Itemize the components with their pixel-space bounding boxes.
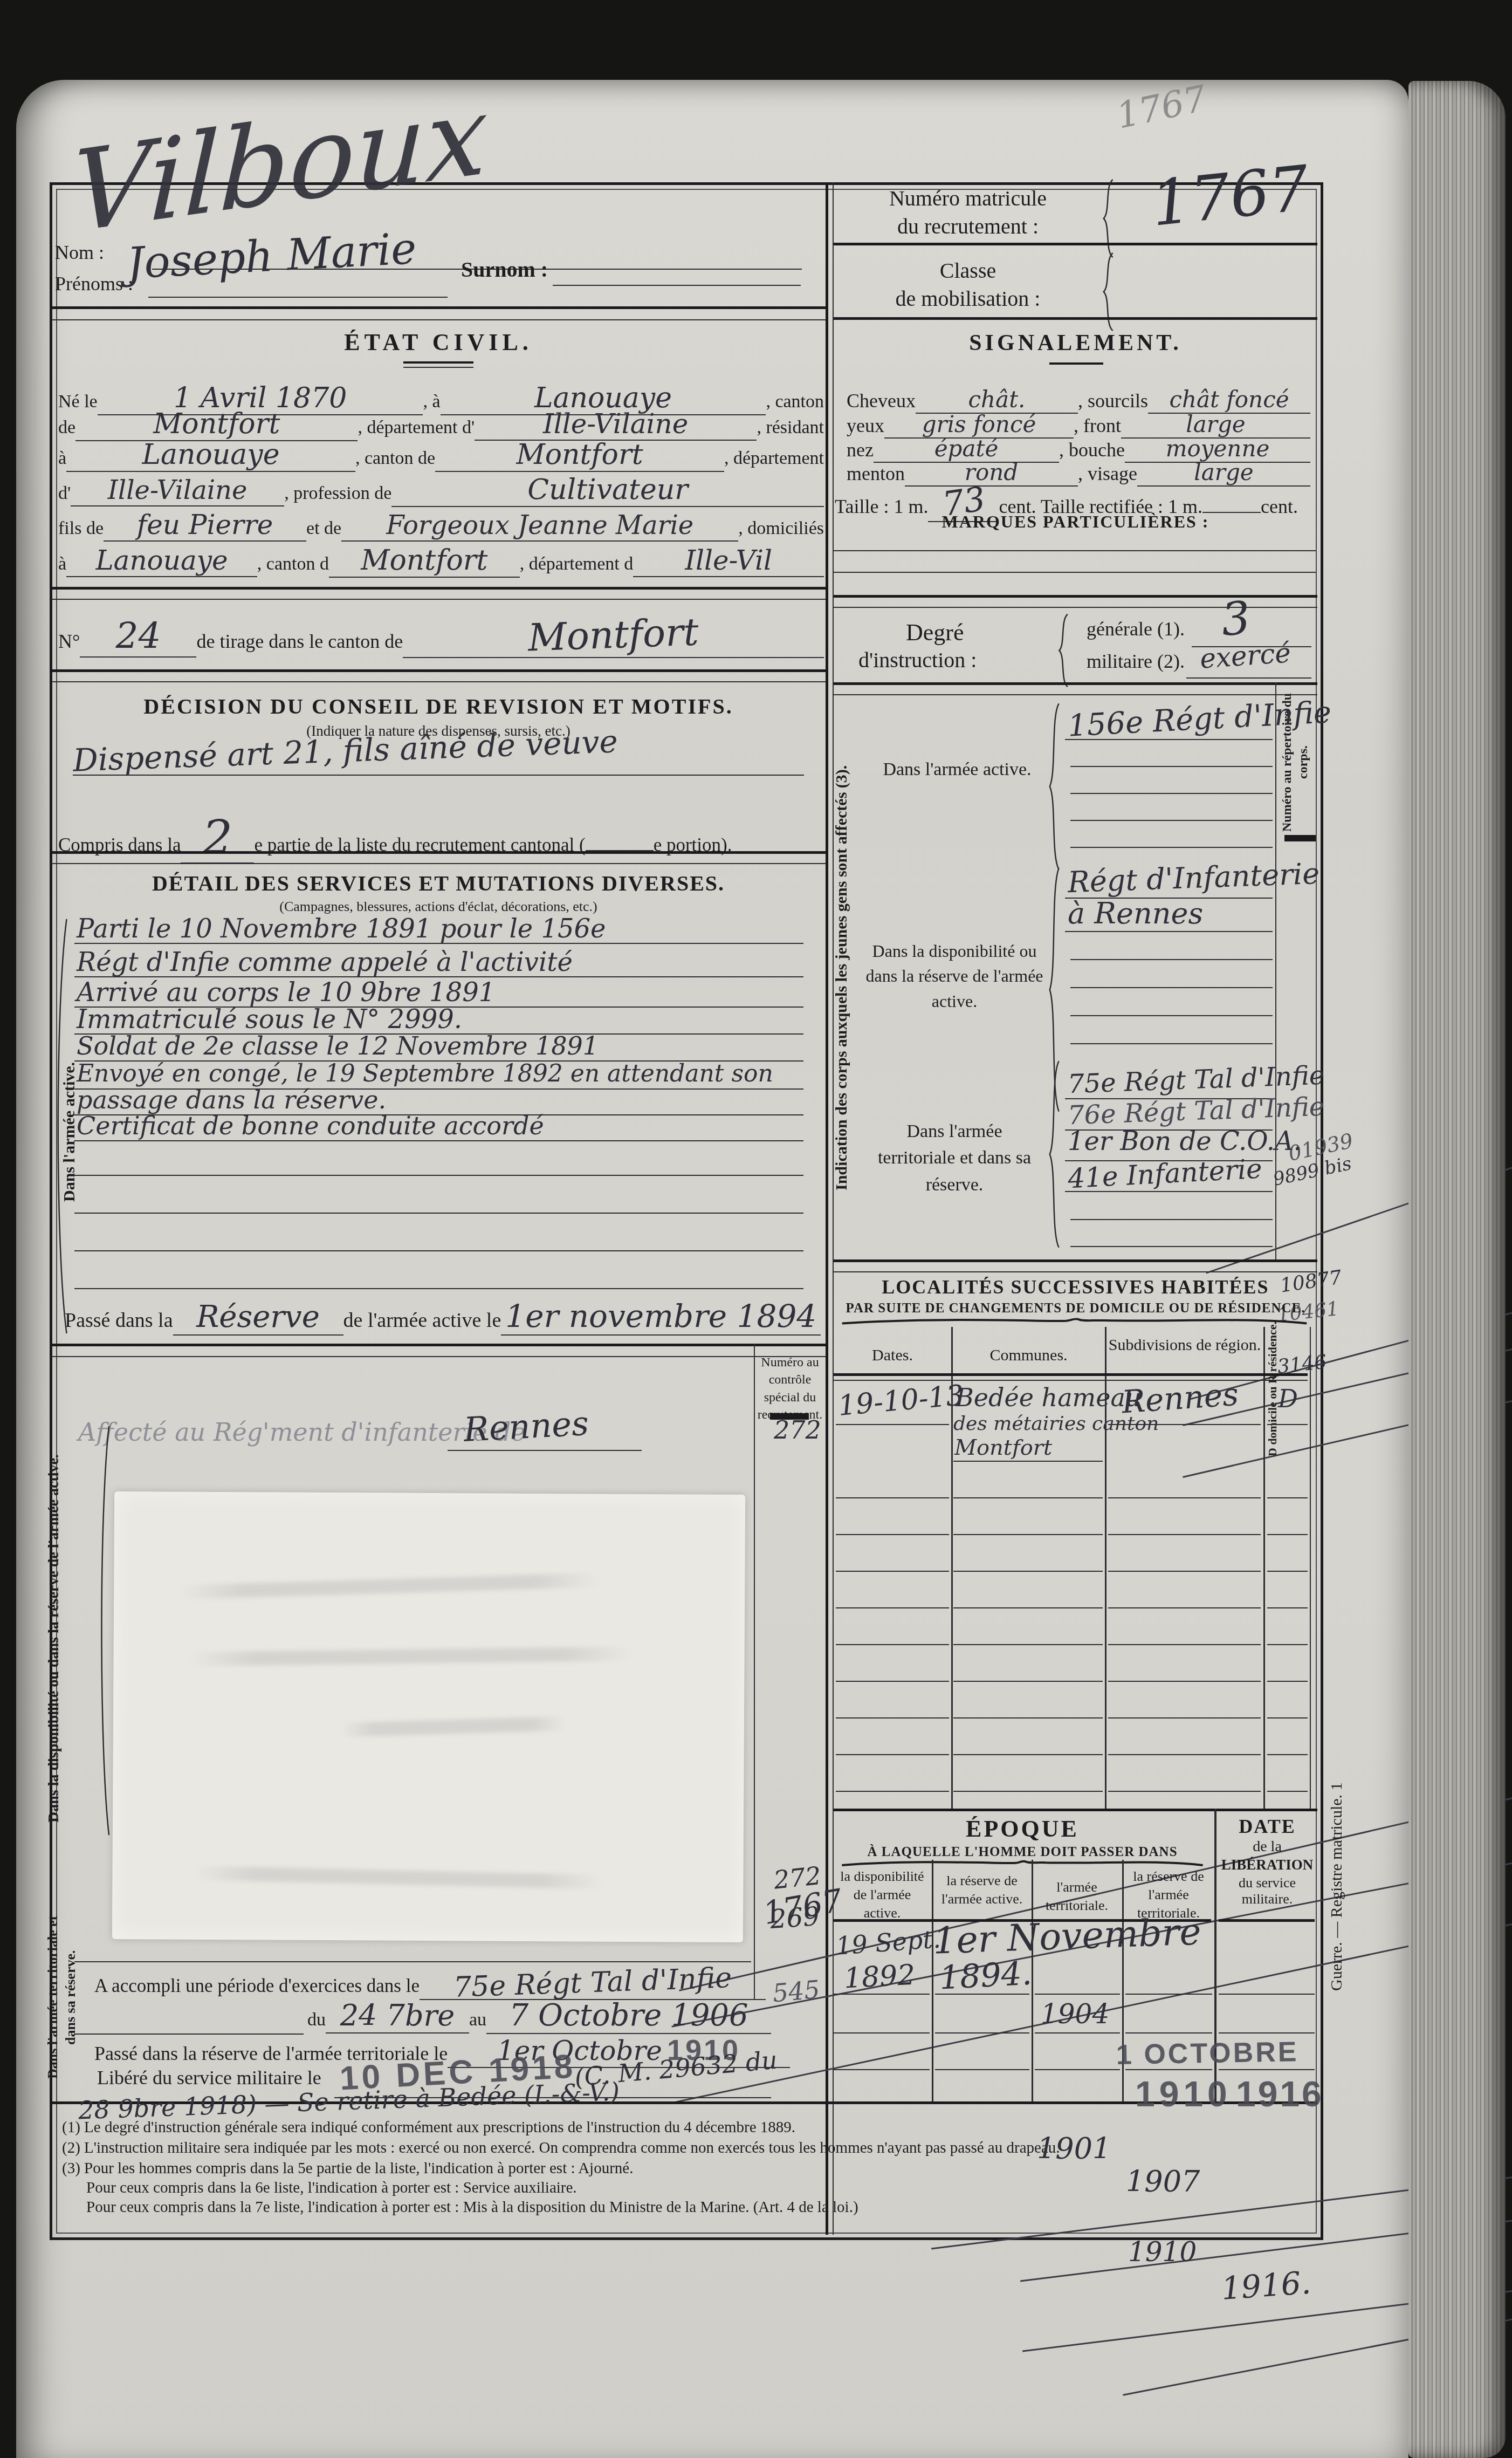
corps-brace-1 xyxy=(1047,700,1060,873)
ruled-line xyxy=(1070,1219,1273,1220)
ruled-line xyxy=(1219,1994,1315,1995)
controle-column-divider xyxy=(754,1344,755,1999)
tirage-separator-thin xyxy=(51,599,826,600)
signalement-row-2: yeux gris foncé , front large xyxy=(847,411,1310,439)
localites-row1-commune-l1: Bedée hameau xyxy=(956,1384,1141,1412)
row4-mid: , profession de xyxy=(284,483,391,504)
instruction-brace xyxy=(1057,613,1069,688)
etat-civil-row-6: à Lanouaye , canton d Montfort , départe… xyxy=(58,544,824,578)
footnote-4: Pour ceux compris dans la 6e liste, l'in… xyxy=(86,2179,577,2196)
nez-value: épaté xyxy=(934,435,999,462)
ruled-line xyxy=(953,1534,1103,1535)
epoque-stamp-1916: 1916 xyxy=(1236,2074,1324,2114)
cheveux-value: chât. xyxy=(968,386,1026,413)
epoque-date-l5: militaire. xyxy=(1218,1891,1317,1907)
localites-row1-dr: D xyxy=(1278,1385,1298,1413)
ruled-line xyxy=(1070,793,1273,794)
row3-post: , département xyxy=(724,448,824,469)
tirage-separator-heavy xyxy=(51,587,826,590)
epoque-header-rule-date xyxy=(1219,1919,1315,1922)
corps-separator-thin xyxy=(834,694,1317,695)
controle-number-current: 272 xyxy=(774,1416,821,1444)
ruled-line xyxy=(836,1681,949,1682)
profession-value: Cultivateur xyxy=(527,474,688,506)
pencil-matricule-note: 1767 xyxy=(1113,78,1210,136)
etat-civil-titlebar2 xyxy=(403,367,473,368)
ruled-line xyxy=(953,1607,1103,1608)
etat-civil-title: ÉTAT CIVIL. xyxy=(51,329,826,355)
father-name-value: feu Pierre xyxy=(137,509,273,540)
instruction-militaire-line xyxy=(1186,677,1311,679)
tirage-number-value: 24 xyxy=(115,615,161,656)
ruled-line xyxy=(836,1571,949,1572)
ruled-line xyxy=(1070,1015,1273,1016)
tirage-label: N° xyxy=(58,630,80,653)
au-label: au xyxy=(469,2010,486,2030)
bouche-value: moyenne xyxy=(1166,435,1270,462)
footnote-3: (3) Pour les hommes compris dans la 5e p… xyxy=(62,2160,633,2177)
row6-pre: à xyxy=(58,554,66,574)
birth-canton-value: Montfort xyxy=(153,408,280,440)
margin-brace-disponibilite xyxy=(97,1418,111,1844)
nez-label: nez xyxy=(847,439,874,461)
ruled-line xyxy=(1070,1246,1273,1247)
compris-row: Compris dans la 2 e partie de la liste d… xyxy=(58,807,824,864)
margin-label-disponibilite: Dans la disponibilité ou dans la réserve… xyxy=(44,1401,98,1876)
instruction-label-2: d'instruction : xyxy=(858,648,977,673)
passe-mid: de l'armée active le xyxy=(343,1309,501,1332)
ruled-line xyxy=(953,1754,1103,1755)
etat-civil-row-4: d' Ille-Vilaine , profession de Cultivat… xyxy=(58,474,824,507)
du-au-row: du 24 7bre au 7 Octobre 1906 xyxy=(307,1998,771,2034)
localites-col-dates: Dates. xyxy=(834,1346,951,1365)
au-date-value: 7 Octobre 1906 xyxy=(510,1998,748,2033)
ruled-line xyxy=(1267,1717,1308,1718)
epoque-date-l4: du service xyxy=(1218,1875,1317,1891)
row5-post: , domiciliés xyxy=(738,518,824,539)
row5-mid: et de xyxy=(306,518,341,539)
header-separator-heavy xyxy=(51,306,826,309)
ruled-line xyxy=(1267,1571,1308,1572)
yeux-value: gris foncé xyxy=(922,411,1036,437)
marques-line-1 xyxy=(834,550,1316,551)
epoque-dispo-value-l2: 1892 xyxy=(843,1960,916,1995)
bouche-label: , bouche xyxy=(1059,439,1125,461)
ruled-line xyxy=(1108,1717,1261,1718)
ruled-line xyxy=(74,1033,803,1035)
decision-separator-thin xyxy=(51,681,826,682)
epoque-separator-heavy xyxy=(834,1809,1317,1811)
epoque-col3-header: l'armée territoriale. xyxy=(1034,1878,1120,1915)
corps-terr-entry3: 1er Bon de C.O.A. xyxy=(1068,1127,1302,1156)
ruled-line xyxy=(1070,987,1273,988)
localites-col-subdivisions: Subdivisions de région. xyxy=(1106,1334,1263,1355)
matricule-separator xyxy=(834,243,1317,245)
localites-row1-dr-line xyxy=(1267,1424,1308,1425)
ruled-line xyxy=(1267,1607,1308,1608)
etat-civil-titlebar xyxy=(403,361,473,364)
detail-separator-heavy xyxy=(51,851,826,854)
du-date-value: 24 7bre xyxy=(340,1998,455,2032)
epoque-col-divider-1 xyxy=(932,1860,933,2101)
ruled-line xyxy=(935,1994,1029,1995)
accompli-pre: A accompli une période d'exercices dans … xyxy=(94,1975,420,1997)
row4-pre: d' xyxy=(58,483,71,504)
corps-brace-3 xyxy=(1047,1057,1060,1251)
domicile-canton-value: Montfort xyxy=(361,544,487,577)
corps-separator-heavy xyxy=(834,682,1317,685)
residence-commune-value: Lanouaye xyxy=(142,439,280,471)
instruction-militaire-value: exercé xyxy=(1199,638,1291,674)
ruled-line xyxy=(836,1534,949,1535)
ruled-line xyxy=(1125,2032,1212,2034)
epoque-reserve-value-l1: 1er Novembre xyxy=(932,1912,1202,1962)
localites-row1-commune-l3: Montfort xyxy=(954,1436,1052,1460)
localites-row1-commune-line xyxy=(953,1461,1103,1462)
ruled-line xyxy=(1108,1791,1261,1792)
ruled-line xyxy=(935,2069,1029,2070)
ruled-line xyxy=(1219,2032,1315,2034)
registre-margin-caption: Guerre. — Registre matricule. 1 xyxy=(1327,1671,1347,2103)
ruled-line xyxy=(1035,2069,1120,2070)
yeux-label: yeux xyxy=(847,414,884,437)
row3-pre: à xyxy=(58,448,66,469)
passe-reserve-value: Réserve xyxy=(196,1299,320,1334)
ruled-line xyxy=(1267,1681,1308,1682)
ruled-line xyxy=(834,1994,930,1995)
front-label: , front xyxy=(1074,414,1121,437)
ruled-line xyxy=(836,1644,949,1645)
tirage-row: N° 24 de tirage dans le canton de Montfo… xyxy=(58,613,824,658)
ruled-line xyxy=(836,1497,949,1498)
ruled-line xyxy=(1070,1043,1273,1044)
etat-civil-row-3: à Lanouaye , canton de Montfort , départ… xyxy=(58,439,824,472)
ruled-line xyxy=(836,1754,949,1755)
ruled-line xyxy=(74,1175,803,1176)
ruled-line xyxy=(74,943,803,944)
ruled-line xyxy=(1070,847,1273,848)
ruled-line xyxy=(834,2069,930,2070)
corps-dispo-entry2: à Rennes xyxy=(1068,898,1203,930)
ruled-line xyxy=(953,1791,1103,1792)
residence-canton-value: Montfort xyxy=(516,439,643,471)
domicile-commune-value: Lanouaye xyxy=(95,545,228,576)
ruled-line xyxy=(74,1213,803,1214)
sourcils-value: chât foncé xyxy=(1169,386,1289,413)
affecte-line xyxy=(448,1450,642,1451)
ruled-line xyxy=(1108,1534,1261,1535)
ruled-line xyxy=(1108,1497,1261,1498)
detail-separator-thin xyxy=(51,863,826,864)
epoque-date-l1: DATE xyxy=(1218,1816,1317,1837)
ruled-line xyxy=(953,1681,1103,1682)
ruled-line xyxy=(836,1791,949,1792)
row2-pre: de xyxy=(58,417,75,438)
ruled-line xyxy=(953,1644,1103,1645)
instruction-label-1: Degré xyxy=(906,619,964,646)
register-page: 1767 Vilboux Nom : Joseph Marie Prénoms … xyxy=(16,80,1408,2458)
pasted-correction-slip xyxy=(112,1491,745,1942)
ruled-line xyxy=(953,1571,1103,1572)
sourcils-label: , sourcils xyxy=(1078,389,1148,412)
accompli-top-line xyxy=(74,1961,751,1962)
localites-col-communes: Communes. xyxy=(952,1346,1105,1365)
instruction-generale-label: générale (1). xyxy=(1087,618,1185,640)
passe-pre: Passé dans la xyxy=(65,1309,173,1332)
service-line-5: Soldat de 2e classe le 12 Novembre 1891 xyxy=(77,1032,599,1060)
reserve-separator-heavy xyxy=(51,1344,826,1346)
epoque-subtitle: À LAQUELLE L'HOMME DOIT PASSER DANS xyxy=(834,1845,1211,1860)
epoque-title: ÉPOQUE xyxy=(834,1816,1211,1842)
epoque-date-l2: de la xyxy=(1218,1838,1317,1855)
ruled-line xyxy=(1108,1571,1261,1572)
marques-label: MARQUES PARTICULIÈRES : xyxy=(834,512,1317,532)
row5-pre: fils de xyxy=(58,518,104,539)
ruled-line xyxy=(935,2032,1029,2034)
accompli-row: A accompli une période d'exercices dans … xyxy=(94,1967,766,2000)
service-line-6: Envoyé en congé, le 19 Septembre 1892 en… xyxy=(77,1060,773,1087)
localites-col-divider-4 xyxy=(1310,1327,1311,1809)
ruled-line xyxy=(74,976,803,977)
tirage-mid: de tirage dans le canton de xyxy=(196,630,403,653)
classe-separator xyxy=(834,317,1317,320)
epoque-col2-header: la réserve de l'armée active. xyxy=(934,1872,1030,1908)
signalement-row-1: Cheveux chât. , sourcils chât foncé xyxy=(847,386,1310,414)
services-subtitle: (Campagnes, blessures, actions d'éclat, … xyxy=(51,899,826,914)
header-separator-thin xyxy=(51,319,826,320)
services-title: DÉTAIL DES SERVICES ET MUTATIONS DIVERSE… xyxy=(51,872,826,896)
localites-flourish xyxy=(841,1316,1308,1326)
row2-mid: , département d' xyxy=(358,417,475,438)
classe-label-line2: de mobilisation : xyxy=(847,287,1089,311)
epoque-date-l3: LIBÉRATION xyxy=(1218,1857,1317,1873)
service-line-8: Certificat de bonne conduite accordé xyxy=(77,1112,544,1140)
ruled-line xyxy=(836,1717,949,1718)
ruled-line xyxy=(1035,2032,1120,2034)
matricule-brace xyxy=(1101,178,1114,259)
epoque-col1-header: la disponibilité de l'armée active. xyxy=(834,1867,931,1922)
front-value: large xyxy=(1186,411,1245,437)
margin-label-territoriale: Dans l'armée territoriale et dans sa rés… xyxy=(44,1903,95,2092)
ruled-line xyxy=(1035,1994,1120,1995)
etat-civil-row-5: fils de feu Pierre et de Forgeoux Jeanne… xyxy=(58,509,824,542)
matricule-number-value: 1767 xyxy=(1148,154,1312,239)
ruled-line xyxy=(1267,1534,1308,1535)
row3-mid: , canton de xyxy=(355,448,435,469)
corps-dispo-line2 xyxy=(1065,931,1273,932)
du-label: du xyxy=(307,2010,326,2030)
book-page-stack-edge xyxy=(1408,81,1506,2458)
passe-date-value: 1er novembre 1894 xyxy=(505,1298,816,1334)
service-line-2: Régt d'Infie comme appelé à l'activité xyxy=(77,948,573,977)
footnote-5: Pour ceux compris dans la 7e liste, l'in… xyxy=(86,2199,858,2216)
service-line-7: passage dans la réserve. xyxy=(77,1086,386,1114)
ruled-line xyxy=(1267,1644,1308,1645)
domicile-departement-value: Ille-Vil xyxy=(685,545,772,576)
ruled-line xyxy=(74,1250,803,1251)
signalement-title: SIGNALEMENT. xyxy=(834,331,1317,356)
residence-departement-value: Ille-Vilaine xyxy=(108,475,248,505)
service-line-1: Parti le 10 Novembre 1891 pour le 156e xyxy=(77,915,606,944)
signalement-titlebar xyxy=(1049,362,1103,365)
classe-label-line1: Classe xyxy=(847,259,1089,283)
surnom-line xyxy=(553,285,801,286)
ruled-line xyxy=(836,1607,949,1608)
mother-name-value: Forgeoux Jeanne Marie xyxy=(386,510,693,540)
surnom-label: Surnom : xyxy=(461,258,548,282)
ruled-line xyxy=(74,1007,803,1008)
passe-reserve-row: Passé dans la Réserve de l'armée active … xyxy=(65,1298,820,1336)
corps-sec3-label: Dans l'armée territoriale et dans sa rés… xyxy=(868,1118,1041,1198)
row6-mid: , canton d xyxy=(257,554,329,574)
margin-label-armee-active: Dans l'armée active. xyxy=(59,964,80,1299)
ruled-line xyxy=(1070,820,1273,821)
corps-sec2-label: Dans la disponibilité ou dans la réserve… xyxy=(865,939,1043,1014)
ruled-line xyxy=(953,1717,1103,1718)
ruled-line xyxy=(1219,2069,1315,2070)
epoque-stamp-octobre: 1 OCTOBRE xyxy=(1116,2036,1299,2071)
footnote-2: (2) L'instruction militaire sera indiqué… xyxy=(62,2139,1060,2156)
affecte-ville-value: Rennes xyxy=(463,1405,589,1448)
ruled-line xyxy=(74,1114,803,1115)
ruled-line xyxy=(74,1060,803,1062)
localites-row1-date-line xyxy=(836,1424,949,1425)
corps-sec1-label: Dans l'armée active. xyxy=(874,757,1041,783)
decision-separator-heavy xyxy=(51,669,826,672)
libere-label: Libéré du service militaire le xyxy=(97,2067,321,2089)
liste-partie-value: 2 xyxy=(202,810,232,866)
ruled-line xyxy=(953,1497,1103,1498)
etat-civil-row-2: de Montfort , département d' Ille-Vilain… xyxy=(58,408,824,441)
ruled-line xyxy=(1267,1791,1308,1792)
instruction-militaire-label: militaire (2). xyxy=(1087,651,1185,672)
ruled-line xyxy=(1070,959,1273,960)
matricule-label-line1: Numéro matricule xyxy=(847,187,1089,211)
birth-departement-value: Ille-Vilaine xyxy=(543,408,688,440)
row6-mid2: , département d xyxy=(520,554,634,574)
epoque-flourish xyxy=(841,1859,1204,1867)
classe-brace xyxy=(1101,251,1114,332)
ruled-line xyxy=(1267,1754,1308,1755)
decision-title: DÉCISION DU CONSEIL DE REVISION ET MOTIF… xyxy=(51,695,826,719)
service-line-4: Immatriculé sous le N° 2999. xyxy=(77,1005,462,1035)
ruled-line xyxy=(834,2032,930,2034)
localites-separator-heavy xyxy=(834,1259,1317,1262)
localites-row1-subdivision: Rennes xyxy=(1121,1377,1240,1420)
matricule-label-line2: du recrutement : xyxy=(847,215,1089,239)
marques-line-2 xyxy=(834,572,1316,573)
reserve-separator-thin xyxy=(51,1356,826,1357)
ruled-line xyxy=(74,1088,803,1090)
epoque-stamp-1910: 1910 xyxy=(1135,2074,1232,2114)
corps-side-label: Indication des corps auxquels les jeunes… xyxy=(831,706,860,1250)
localites-title: LOCALITÉS SUCCESSIVES HABITÉES xyxy=(834,1276,1317,1298)
instruction-generale-value: 3 xyxy=(1219,592,1252,645)
ruled-line xyxy=(74,1288,803,1289)
prenoms-label: Prénoms : xyxy=(55,273,133,295)
ruled-line xyxy=(1108,1681,1261,1682)
epoque-territoriale-value: 1904 xyxy=(1041,1999,1109,2029)
ruled-line xyxy=(1070,766,1273,767)
service-line-3: Arrivé au corps le 10 9bre 1891 xyxy=(77,978,495,1008)
localites-separator-thin xyxy=(834,1271,1317,1272)
ruled-line xyxy=(1108,1607,1261,1608)
row2-post: , résidant xyxy=(757,417,824,438)
affecte-regiment-text: Affecté au Rég'ment d'infanterie de xyxy=(78,1419,526,1447)
repertoire-header-tick xyxy=(1284,835,1316,841)
ruled-line xyxy=(1108,1644,1261,1645)
cheveux-label: Cheveux xyxy=(847,389,916,412)
prenoms-line xyxy=(148,297,448,298)
ruled-line xyxy=(1267,1497,1308,1498)
tirage-canton-value: Montfort xyxy=(527,610,699,660)
ruled-line xyxy=(1125,1994,1212,1995)
ruled-line xyxy=(74,1140,803,1141)
ruled-line xyxy=(1108,1754,1261,1755)
localites-subtitle: PAR SUITE DE CHANGEMENTS DE DOMICILE OU … xyxy=(834,1301,1317,1316)
